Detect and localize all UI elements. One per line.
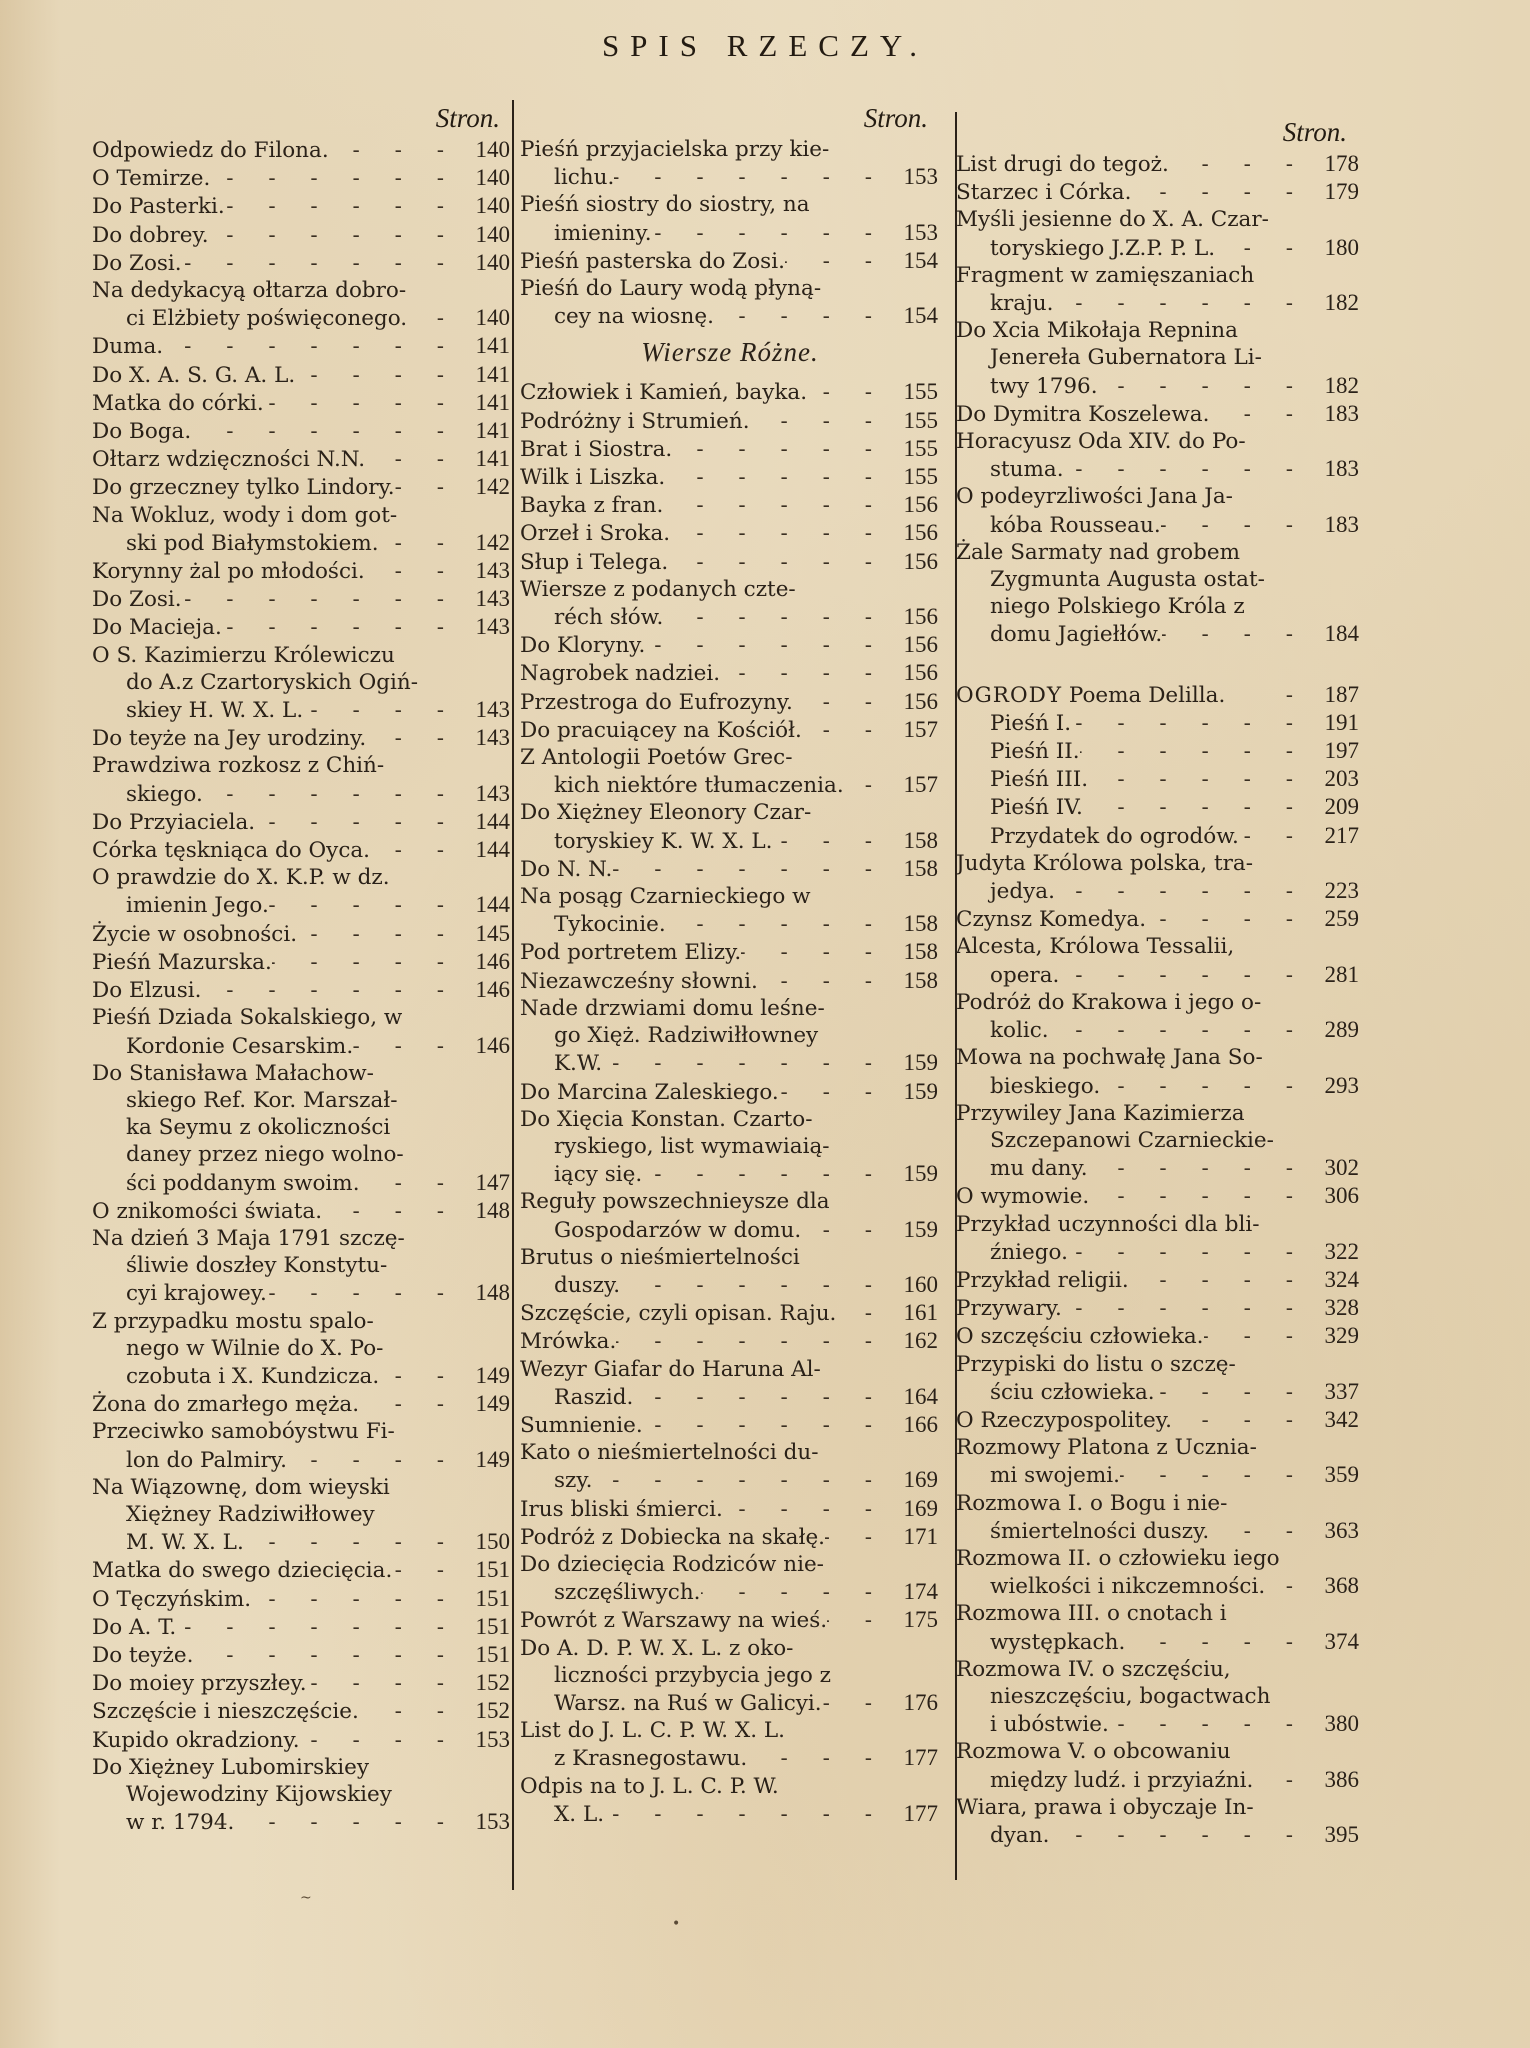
- page-number: 183: [1313, 511, 1361, 538]
- page-number: 145: [464, 920, 512, 947]
- toc-entry[interactable]: Pieśń do Laury wodą płyną-cey na wiosnę.…: [520, 275, 940, 330]
- page-number: 159: [892, 1160, 940, 1187]
- entry-title-line: O Temirze.: [92, 165, 210, 192]
- leader-dots: - - - - - - - - - - - -: [353, 1033, 464, 1060]
- leader-dots: - - - - - - - - - - - -: [163, 333, 464, 360]
- toc-entry[interactable]: Do A. D. P. W. X. L. z oko-liczności prz…: [520, 1635, 940, 1718]
- toc-entry[interactable]: Do Xięcia Konstan. Czarto-ryskiego, list…: [520, 1106, 940, 1189]
- entry-title-line: Warsz. na Ruś w Galicyi.: [554, 1690, 822, 1717]
- entry-title-line: występkach.: [990, 1629, 1125, 1656]
- entry-title-line: Kato o nieśmiertelności du-: [520, 1440, 819, 1465]
- toc-entry[interactable]: Na dedykacyą ołtarza dobro-ci Elżbiety p…: [92, 277, 512, 332]
- toc-entry[interactable]: Przestroga do Eufrozyny.- - - - - - - - …: [520, 688, 940, 716]
- entry-title-line: Wiersze z podanych czte-: [520, 577, 796, 602]
- toc-entry[interactable]: O S. Kazimierzu Królewiczudo A.z Czartor…: [92, 642, 512, 725]
- page-number: 159: [892, 1049, 940, 1076]
- entry-title-line: śmiertelności duszy.: [990, 1518, 1209, 1545]
- leader-dots: - - - - - - - - - - - -: [1125, 1629, 1313, 1656]
- toc-entry[interactable]: Do Xiężney LubomirskieyWojewodziny Kijow…: [92, 1754, 512, 1837]
- leader-dots: - - - - - - - - - - - -: [182, 250, 464, 277]
- toc-entry[interactable]: Przywary.- - - - - - - - - - - -328: [956, 1294, 1361, 1322]
- entry-title-line: Życie w osobności.: [92, 921, 297, 948]
- toc-entry[interactable]: Do Macieja.- - - - - - - - - - - -143: [92, 613, 512, 641]
- entry-title-line: Zygmunta Augusta ostat-: [990, 567, 1265, 592]
- leader-dots: - - - - - - - - - - - -: [392, 1557, 464, 1584]
- leader-dots: - - - - - - - - - - - -: [225, 193, 464, 220]
- toc-subentry[interactable]: Pieśń I.- - - - - - - - - - - -191: [956, 709, 1361, 737]
- entry-title-line: Pieśń pasterska do Zosi.: [520, 248, 785, 275]
- entry-title-line: Tykocinie.: [554, 911, 666, 938]
- leader-dots: - - - - - - - - - - - -: [1083, 794, 1313, 821]
- leader-dots: - - - - - - - - - - - -: [1131, 179, 1313, 206]
- toc-entry[interactable]: Wezyr Giafar do Haruna Al-Raszid.- - - -…: [520, 1356, 940, 1411]
- toc-entry[interactable]: Do Boga.- - - - - - - - - - - -141: [92, 417, 512, 445]
- entry-title-line: Do Dymitra Koszelewa.: [956, 401, 1209, 428]
- entry-title-line: Do Stanisława Małachow-: [92, 1061, 374, 1086]
- entry-title-line: do A.z Czartoryskich Ogiń-: [126, 670, 418, 695]
- entry-title-line: Rozmowa III. o cnotach i: [956, 1601, 1227, 1626]
- page-number: 144: [464, 836, 512, 863]
- toc-entry[interactable]: Do Elzusi.- - - - - - - - - - - -146: [92, 976, 512, 1004]
- toc-entry[interactable]: Nade drzwiami domu leśne-go Xięż. Radziw…: [520, 995, 940, 1078]
- toc-entry[interactable]: Odpis na to J. L. C. P. W.X. L.- - - - -…: [520, 1773, 940, 1828]
- toc-entry[interactable]: Rozmowa III. o cnotach iwystępkach.- - -…: [956, 1600, 1361, 1655]
- toc-entry[interactable]: Córka tęskniąca do Oyca.- - - - - - - - …: [92, 836, 512, 864]
- toc-entry[interactable]: Rozmowa I. o Bogu i nie-śmiertelności du…: [956, 1490, 1361, 1545]
- entry-title-line: Bayka z fran.: [520, 492, 663, 519]
- entry-title-line: Słup i Telega.: [520, 549, 668, 576]
- leader-dots: - - - - - - - - - - - -: [234, 1809, 464, 1836]
- entry-title-line: Córka tęskniąca do Oyca.: [92, 837, 370, 864]
- entry-title-line: Na Wokluz, wody i dom got-: [92, 503, 397, 528]
- entry-title-line: Powrót z Warszawy na wieś.: [520, 1607, 827, 1634]
- entry-title-line: Przestroga do Eufrozyny.: [520, 689, 793, 716]
- leader-dots: - - - - - - - - - - - -: [1049, 1017, 1313, 1044]
- entry-title-line: Żale Sarmaty nad grobem: [956, 540, 1240, 565]
- entry-title-line: O S. Kazimierzu Królewiczu: [92, 643, 395, 668]
- entry-title-line: skiego.: [126, 781, 203, 808]
- toc-entry[interactable]: Do dobrey.- - - - - - - - - - - -140: [92, 221, 512, 249]
- page-number: 342: [1313, 1406, 1361, 1433]
- entry-title-line: toryskiey K. W. X. L.: [554, 828, 772, 855]
- leader-dots: - - - - - - - - - - - -: [176, 1614, 464, 1641]
- page-number: 150: [464, 1528, 512, 1555]
- leader-dots: - - - - - - - - - - - -: [633, 1384, 892, 1411]
- leader-dots: - - - - - - - - - - - -: [666, 911, 892, 938]
- entry-title-line: Do Elzusi.: [92, 977, 202, 1004]
- toc-entry[interactable]: Brat i Siostra.- - - - - - - - - - - -15…: [520, 435, 940, 463]
- leader-dots: - - - - - - - - - - - -: [807, 379, 892, 406]
- toc-entry[interactable]: Orzeł i Sroka.- - - - - - - - - - - -156: [520, 519, 940, 547]
- leader-dots: - - - - - - - - - - - -: [365, 558, 464, 585]
- entry-title-line: ci Elżbiety poświęconego.: [126, 305, 407, 332]
- toc-entry[interactable]: Pieśń Dziada Sokalskiego, wKordonie Cesa…: [92, 1004, 512, 1059]
- page-number: 182: [1313, 289, 1361, 316]
- entry-title-line: Do Zosi.: [92, 586, 182, 613]
- page-number: 141: [464, 389, 512, 416]
- leader-dots: - - - - - - - - - - - -: [272, 949, 464, 976]
- toc-entry[interactable]: Do pracuiącey na Kościół.- - - - - - - -…: [520, 716, 940, 744]
- toc-entry[interactable]: Do Pasterki.- - - - - - - - - - - -140: [92, 192, 512, 220]
- entry-title-line: réch słów.: [554, 604, 663, 631]
- entry-title-line: Matka do swego dziecięcia.: [92, 1557, 392, 1584]
- leader-dots: - - - - - - - - - - - -: [287, 1447, 464, 1474]
- toc-entry[interactable]: Brutus o nieśmiertelnościduszy.- - - - -…: [520, 1244, 940, 1299]
- page-number: 322: [1313, 1238, 1361, 1265]
- leader-dots: - - - - - - - - - - - -: [822, 1690, 892, 1717]
- leader-dots: - - - - - - - - - - - -: [802, 717, 892, 744]
- entry-title-line: Przykład religii.: [956, 1267, 1129, 1294]
- page-number: 328: [1313, 1294, 1361, 1321]
- toc-entry[interactable]: Do grzeczney tylko Lindory.- - - - - - -…: [92, 473, 512, 501]
- toc-column-1: Stron. Odpowiedz do Filona.- - - - - - -…: [92, 100, 512, 1836]
- toc-entry[interactable]: O Tęczyńskim.- - - - - - - - - - - -151: [92, 1585, 512, 1613]
- toc-entry[interactable]: Do Marcina Zaleskiego.- - - - - - - - - …: [520, 1078, 940, 1106]
- entry-title-line: Horacyusz Oda XIV. do Po-: [956, 429, 1246, 454]
- toc-entry[interactable]: Do Dymitra Koszelewa.- - - - - - - - - -…: [956, 400, 1361, 428]
- page-number: 187: [1313, 681, 1361, 708]
- toc-entry[interactable]: Fragment w zamięszaniachkraju.- - - - - …: [956, 262, 1361, 317]
- toc-entry[interactable]: Do Xcia Mikołaja RepninaJenereła Guberna…: [956, 317, 1361, 400]
- toc-entry[interactable]: Rozmowa II. o człowieku iegowielkości i …: [956, 1545, 1361, 1600]
- entry-title-line: Pieśń przyjacielska przy kie-: [520, 137, 829, 162]
- toc-entry[interactable]: Niezawcześny słowni.- - - - - - - - - - …: [520, 967, 940, 995]
- toc-entry[interactable]: Irus bliski śmierci.- - - - - - - - - - …: [520, 1495, 940, 1523]
- toc-entry[interactable]: Ołtarz wdzięczności N.N.- - - - - - - - …: [92, 445, 512, 473]
- toc-entry[interactable]: Szczęście, czyli opisan. Raju.- - - - - …: [520, 1299, 940, 1327]
- leader-dots: - - - - - - - - - - - -: [365, 446, 464, 473]
- page-number: 164: [892, 1383, 940, 1410]
- toc-entry[interactable]: O znikomości świata.- - - - - - - - - - …: [92, 1197, 512, 1225]
- toc-entry[interactable]: Horacyusz Oda XIV. do Po-stuma.- - - - -…: [956, 428, 1361, 483]
- leader-dots: - - - - - - - - - - - -: [264, 390, 464, 417]
- toc-entry[interactable]: Nagrobek nadziei.- - - - - - - - - - - -…: [520, 659, 940, 687]
- toc-entry[interactable]: Wiara, prawa i obyczaje In-dyan.- - - - …: [956, 1794, 1361, 1849]
- toc-entry[interactable]: Rozmowa V. o obcowaniumiędzy ludź. i prz…: [956, 1738, 1361, 1793]
- toc-entry[interactable]: Starzec i Córka.- - - - - - - - - - - -1…: [956, 178, 1361, 206]
- leader-dots: - - - - - - - - - - - -: [670, 520, 892, 547]
- page-number: 146: [464, 948, 512, 975]
- toc-entry[interactable]: Żale Sarmaty nad grobemZygmunta Augusta …: [956, 539, 1361, 649]
- toc-entry[interactable]: Do X. A. S. G. A. L.- - - - - - - - - - …: [92, 361, 512, 389]
- entry-title-line: Żona do zmarłego męża.: [92, 1391, 359, 1418]
- entry-title-line: lichu.: [554, 164, 614, 191]
- entry-title-line: mu dany.: [990, 1155, 1088, 1182]
- toc-entry[interactable]: Przypiski do listu o szczę-ściu człowiek…: [956, 1351, 1361, 1406]
- leader-dots: - - - - - - - - - - - -: [359, 1391, 464, 1418]
- toc-entry[interactable]: Kato o nieśmiertelności du-szy.- - - - -…: [520, 1439, 940, 1494]
- toc-entry[interactable]: O szczęściu człowieka.- - - - - - - - - …: [956, 1322, 1361, 1350]
- page-number: 162: [892, 1327, 940, 1354]
- leader-dots: - - - - - - - - - - - -: [793, 689, 892, 716]
- leader-dots: - - - - - - - - - - - -: [785, 248, 892, 275]
- page-number: 197: [1313, 737, 1361, 764]
- toc-entry[interactable]: Przywiley Jana KazimierzaSzczepanowi Cza…: [956, 1100, 1361, 1183]
- toc-entry[interactable]: Judyta Królowa polska, tra-jedya.- - - -…: [956, 850, 1361, 905]
- leader-dots: - - - - - - - - - - - -: [366, 725, 464, 752]
- toc-entry[interactable]: Przykład uczynności dla bli-źniego.- - -…: [956, 1211, 1361, 1266]
- toc-entry[interactable]: O podeyrzliwości Jana Ja-kóba Rousseau.-…: [956, 483, 1361, 538]
- toc-entry[interactable]: Do dziecięcia Rodziców nie-szczęśliwych.…: [520, 1551, 940, 1606]
- leader-dots: - - - - - - - - - - - -: [614, 164, 892, 191]
- entry-title-line: jedya.: [990, 878, 1055, 905]
- toc-entry[interactable]: Do teyże.- - - - - - - - - - - -151: [92, 1641, 512, 1669]
- toc-entry[interactable]: Słup i Telega.- - - - - - - - - - - -156: [520, 548, 940, 576]
- entry-title-line: Starzec i Córka.: [956, 179, 1131, 206]
- page-number: 153: [892, 219, 940, 246]
- leader-dots: - - - - - - - - - - - -: [1209, 1518, 1313, 1545]
- leader-dots: - - - - - - - - - - - -: [1161, 512, 1313, 539]
- leader-dots: - - - - - - - - - - - -: [300, 1727, 464, 1754]
- page-number: 158: [892, 938, 940, 965]
- page-number: 217: [1313, 822, 1361, 849]
- entry-title-line: cyi krajowey.: [126, 1280, 267, 1307]
- toc-subentry[interactable]: Przydatek do ogrodów.- - - - - - - - - -…: [956, 822, 1361, 850]
- entry-title-line: Nade drzwiami domu leśne-: [520, 996, 825, 1021]
- toc-entry[interactable]: Pod portretem Elizy.- - - - - - - - - - …: [520, 938, 940, 966]
- toc-entry[interactable]: Bayka z fran.- - - - - - - - - - - -156: [520, 491, 940, 519]
- page-number: 143: [464, 585, 512, 612]
- toc-entry[interactable]: Na Wokluz, wody i dom got-ski pod Białym…: [92, 502, 512, 557]
- entry-title-line: X. L.: [554, 1801, 604, 1828]
- leader-dots: - - - - - - - - - - - -: [379, 1363, 464, 1390]
- entry-title-line: wielkości i nikczemności.: [990, 1573, 1265, 1600]
- entry-title-line: szczęśliwych.: [554, 1579, 701, 1606]
- toc-entry[interactable]: O Rzeczypospolitey.- - - - - - - - - - -…: [956, 1406, 1361, 1434]
- leader-dots: - - - - - - - - - - - -: [758, 968, 892, 995]
- entry-title-line: kolic.: [990, 1017, 1049, 1044]
- entry-title-line: Korynny żal po młodości.: [92, 558, 365, 585]
- toc-entry[interactable]: Mrówka.- - - - - - - - - - - -162: [520, 1327, 940, 1355]
- toc-entry[interactable]: Do Kloryny.- - - - - - - - - - - -156: [520, 631, 940, 659]
- entry-title-line: Brat i Siostra.: [520, 436, 672, 463]
- page-number: 289: [1313, 1016, 1361, 1043]
- page-number: 156: [892, 548, 940, 575]
- entry-title-line: O szczęściu człowieka.: [956, 1323, 1204, 1350]
- toc-entry[interactable]: Podróż z Dobiecka na skałę.- - - - - - -…: [520, 1523, 940, 1551]
- leader-dots: - - - - - - - - - - - -: [295, 362, 464, 389]
- toc-entry[interactable]: Sumnienie.- - - - - - - - - - - -166: [520, 1411, 940, 1439]
- leader-dots: - - - - - - - - - - - -: [642, 1161, 892, 1188]
- toc-subentry[interactable]: Pieśń III.- - - - - - - - - - - -203: [956, 765, 1361, 793]
- entry-title-line: ryskiego, list wymawiaią-: [554, 1134, 830, 1159]
- entry-title-line: Rozmowa II. o człowieku iego: [956, 1546, 1280, 1571]
- entry-title-line: Do Zosi.: [92, 250, 182, 277]
- toc-entry[interactable]: Matka do córki.- - - - - - - - - - - -14…: [92, 389, 512, 417]
- entry-title-line: Alcesta, Królowa Tessalii,: [956, 934, 1234, 959]
- leader-dots: - - - - - - - - - - - -: [593, 1467, 893, 1494]
- leader-dots: - - - - - - - - - - - -: [360, 1170, 464, 1197]
- entry-title-line: imieniny.: [554, 220, 652, 247]
- entry-title-line: Przeciwko samobóystwu Fi-: [92, 1419, 395, 1444]
- toc-entry[interactable]: Przeciwko samobóystwu Fi-lon do Palmiry.…: [92, 1418, 512, 1473]
- toc-entry[interactable]: Podróżny i Strumień.- - - - - - - - - - …: [520, 407, 940, 435]
- leader-dots: - - - - - - - - - - - -: [1071, 710, 1313, 737]
- toc-entry[interactable]: Rozmowy Platona z Ucznia-mi swojemi.- - …: [956, 1434, 1361, 1489]
- toc-entry[interactable]: O Temirze.- - - - - - - - - - - -140: [92, 164, 512, 192]
- leader-dots: - - - - - - - - - - - -: [182, 586, 464, 613]
- leader-dots: - - - - - - - - - - - -: [825, 1524, 892, 1551]
- toc-entry-ogrody[interactable]: OGRODY Poema Delilla. - 187: [956, 681, 1361, 709]
- leader-dots: - - - - - - - - - - - -: [244, 1529, 464, 1556]
- toc-entry[interactable]: Szczęście i nieszczęście.- - - - - - - -…: [92, 1697, 512, 1725]
- toc-entry[interactable]: List do J. L. C. P. W. X. L.z Krasnegost…: [520, 1717, 940, 1772]
- toc-column-2: Stron. Pieśń przyjacielska przy kie-lich…: [520, 100, 940, 1828]
- page-number: 143: [464, 724, 512, 751]
- toc-entry[interactable]: Do Zosi.- - - - - - - - - - - -143: [92, 585, 512, 613]
- leader-dots: - - - - - - - - - - - -: [645, 632, 892, 659]
- page-number: 159: [892, 1078, 940, 1105]
- leader-dots: - - - - - - - - - - - -: [1109, 1711, 1313, 1738]
- toc-entry[interactable]: Pieśń przyjacielska przy kie-lichu.- - -…: [520, 136, 940, 191]
- toc-entry[interactable]: Kupido okradziony.- - - - - - - - - - - …: [92, 1726, 512, 1754]
- page-number: 141: [464, 332, 512, 359]
- leader-dots: - - - - - - - - - - - -: [663, 604, 892, 631]
- toc-entry[interactable]: Do A. T.- - - - - - - - - - - -151: [92, 1613, 512, 1641]
- entry-title-line: Przypiski do listu o szczę-: [956, 1352, 1236, 1377]
- toc-entry[interactable]: Rozmowa IV. o szczęściu,nieszczęściu, bo…: [956, 1656, 1361, 1739]
- toc-entry[interactable]: Pieśń siostry do siostry, naimieniny.- -…: [520, 191, 940, 246]
- toc-entry[interactable]: Na dzień 3 Maja 1791 szczę-śliwie doszłe…: [92, 1225, 512, 1308]
- entry-title-line: iący się.: [554, 1161, 642, 1188]
- toc-entry[interactable]: Przykład religii.- - - - - - - - - - - -…: [956, 1266, 1361, 1294]
- toc-entry[interactable]: Mowa na pochwałę Jana So-bieskiego.- - -…: [956, 1044, 1361, 1099]
- page-number: 153: [892, 163, 940, 190]
- page-number: 151: [464, 1613, 512, 1640]
- ogrody-heading-rest: Poema Delilla.: [1069, 683, 1225, 708]
- page-number: 169: [892, 1495, 940, 1522]
- toc-entry[interactable]: Na Wiązownę, dom wieyskiXiężney Radziwił…: [92, 1474, 512, 1557]
- toc-entry[interactable]: Do moiey przyszłey.- - - - - - - - - - -…: [92, 1669, 512, 1697]
- toc-subentry[interactable]: Pieśń II.- - - - - - - - - - - -197: [956, 737, 1361, 765]
- entry-title-line: O podeyrzliwości Jana Ja-: [956, 484, 1233, 509]
- toc-entry[interactable]: Pieśń pasterska do Zosi.- - - - - - - - …: [520, 247, 940, 275]
- entry-title-line: Kupido okradziony.: [92, 1727, 300, 1754]
- entry-title-line: kraju.: [990, 290, 1053, 317]
- page-number: 184: [1313, 620, 1361, 647]
- section-gap: [956, 649, 1361, 681]
- page-number: 368: [1313, 1572, 1361, 1599]
- entry-title-line: śliwie doszłey Konstytu-: [126, 1253, 387, 1278]
- column-header-stron: Stron.: [520, 100, 940, 136]
- toc-entry[interactable]: O wymowie.- - - - - - - - - - - -306: [956, 1182, 1361, 1210]
- page-number: 156: [892, 688, 940, 715]
- toc-entry[interactable]: Wiersze z podanych czte-réch słów.- - - …: [520, 576, 940, 631]
- leader-dots: - - - - - - - - - - - -: [827, 1607, 892, 1634]
- leader-dots: - - - - - - - - - - - -: [604, 1801, 892, 1828]
- leader-dots: - - - - - - - - - - - -: [1098, 373, 1313, 400]
- entry-title-line: domu Jagiełłów.: [990, 621, 1162, 648]
- page-number: 171: [892, 1523, 940, 1550]
- page-number: 156: [892, 631, 940, 658]
- toc-entry[interactable]: Matka do swego dziecięcia.- - - - - - - …: [92, 1556, 512, 1584]
- entry-title-line: Rozmowy Platona z Ucznia-: [956, 1435, 1257, 1460]
- entry-title-line: Jenereła Gubernatora Li-: [990, 345, 1262, 370]
- leader-dots: - - - - - - - - - - - -: [612, 856, 892, 883]
- leader-dots: - - - - - - - - - - - -: [750, 408, 892, 435]
- entry-title-line: Sumnienie.: [520, 1412, 643, 1439]
- page-number: 183: [1313, 455, 1361, 482]
- page-number: 161: [892, 1299, 940, 1326]
- toc-entry[interactable]: Alcesta, Królowa Tessalii,opera.- - - - …: [956, 933, 1361, 988]
- toc-entry[interactable]: Do Xiężney Eleonory Czar-toryskiey K. W.…: [520, 799, 940, 854]
- leader-dots: - - - - - - - - - - - -: [672, 436, 892, 463]
- page-number: 143: [464, 613, 512, 640]
- toc-entry[interactable]: Prawdziwa rozkosz z Chiń-skiego.- - - - …: [92, 752, 512, 807]
- page-number: 151: [464, 1556, 512, 1583]
- toc-entry[interactable]: Do N. N.- - - - - - - - - - - -158: [520, 855, 940, 883]
- toc-subentry[interactable]: Pieśń IV.- - - - - - - - - - - -209: [956, 793, 1361, 821]
- page-number: 169: [892, 1466, 940, 1493]
- entry-title-line: Pieśń Dziada Sokalskiego, w: [92, 1005, 402, 1030]
- toc-entry[interactable]: Odpowiedz do Filona.- - - - - - - - - - …: [92, 136, 512, 164]
- entry-title-line: liczności przybycia jego z: [554, 1663, 831, 1688]
- toc-entry[interactable]: Podróż do Krakowa i jego o-kolic.- - - -…: [956, 989, 1361, 1044]
- leader-dots: - - - - - - - - - - - -: [747, 1745, 892, 1772]
- toc-entry[interactable]: List drugi do tegoż.- - - - - - - - - - …: [956, 150, 1361, 178]
- entry-title-line: Matka do córki.: [92, 390, 264, 417]
- entry-title-line: Do teyże.: [92, 1642, 193, 1669]
- toc-entry[interactable]: Pieśń Mazurska.- - - - - - - - - - - -14…: [92, 948, 512, 976]
- page-number: 156: [892, 519, 940, 546]
- leader-dots: - - - - - - - - - - - -: [620, 1272, 892, 1299]
- entry-title-line: Gospodarzów w domu.: [554, 1217, 801, 1244]
- leader-dots: - - - - - - - - - - - -: [1053, 290, 1313, 317]
- leader-dots: - - - - - - - - - - - -: [1209, 401, 1313, 428]
- page-number: 158: [892, 827, 940, 854]
- leader-dots: - - - - - - - - - - - -: [191, 418, 464, 445]
- toc-entry[interactable]: Myśli jesienne do X. A. Czar-toryskiego …: [956, 206, 1361, 261]
- toc-entry[interactable]: Do Zosi.- - - - - - - - - - - -140: [92, 249, 512, 277]
- page-number: 156: [892, 603, 940, 630]
- page-number: 177: [892, 1744, 940, 1771]
- leader-dots: - - - - - - - - - - - -: [1088, 1155, 1313, 1182]
- toc-entry[interactable]: Z przypadku mostu spalo-nego w Wilnie do…: [92, 1308, 512, 1391]
- leader-dots: - - - - - - - - - - - -: [714, 303, 892, 330]
- page-number: 178: [1313, 150, 1361, 177]
- leader-dots: - - - - - - - - - - - -: [255, 809, 464, 836]
- toc-entry[interactable]: Powrót z Warszawy na wieś.- - - - - - - …: [520, 1606, 940, 1634]
- toc-entry[interactable]: Duma.- - - - - - - - - - - -141: [92, 332, 512, 360]
- page-number: 153: [464, 1726, 512, 1753]
- toc-entry[interactable]: Na posąg Czarnieckiego wTykocinie.- - - …: [520, 883, 940, 938]
- page-number: 148: [464, 1197, 512, 1224]
- toc-entry[interactable]: Czynsz Komedya.- - - - - - - - - - - -25…: [956, 905, 1361, 933]
- page-number: 158: [892, 855, 940, 882]
- toc-entry[interactable]: Życie w osobności.- - - - - - - - - - - …: [92, 920, 512, 948]
- page-number: 152: [464, 1697, 512, 1724]
- page-number: 140: [464, 221, 512, 248]
- toc-entry[interactable]: Do teyże na Jey urodziny.- - - - - - - -…: [92, 724, 512, 752]
- toc-entry[interactable]: Do Przyiaciela.- - - - - - - - - - - -14…: [92, 808, 512, 836]
- leader-dots: - - - - - - - - - - - -: [1088, 766, 1313, 793]
- toc-entry[interactable]: Z Antologii Poetów Grec-kich niektóre tł…: [520, 744, 940, 799]
- toc-entry[interactable]: Żona do zmarłego męża.- - - - - - - - - …: [92, 1390, 512, 1418]
- entry-title-line: ści poddanym swoim.: [126, 1170, 360, 1197]
- section-heading-wiersze-rozne: Wiersze Różne.: [520, 330, 940, 378]
- entry-title-line: niego Polskiego Króla z: [990, 594, 1245, 619]
- page-number: 337: [1313, 1378, 1361, 1405]
- leader-dots: - - - - - - - - - - - -: [222, 614, 464, 641]
- toc-entry[interactable]: Do Stanisława Małachow-skiego Ref. Kor. …: [92, 1060, 512, 1197]
- toc-entry[interactable]: Wilk i Liszka.- - - - - - - - - - - -155: [520, 463, 940, 491]
- entry-title-line: go Xięż. Radziwiłłowney: [554, 1023, 818, 1048]
- toc-entry[interactable]: O prawdzie do X. K.P. w dz.imienin Jego.…: [92, 864, 512, 919]
- toc-entry[interactable]: Korynny żal po młodości.- - - - - - - - …: [92, 557, 512, 585]
- toc-entry[interactable]: Człowiek i Kamień, bayka.- - - - - - - -…: [520, 378, 940, 406]
- leader-dots: - - - - - - - - - - - -: [370, 837, 464, 864]
- toc-entry[interactable]: Reguły powszechnieysze dlaGospodarzów w …: [520, 1188, 940, 1243]
